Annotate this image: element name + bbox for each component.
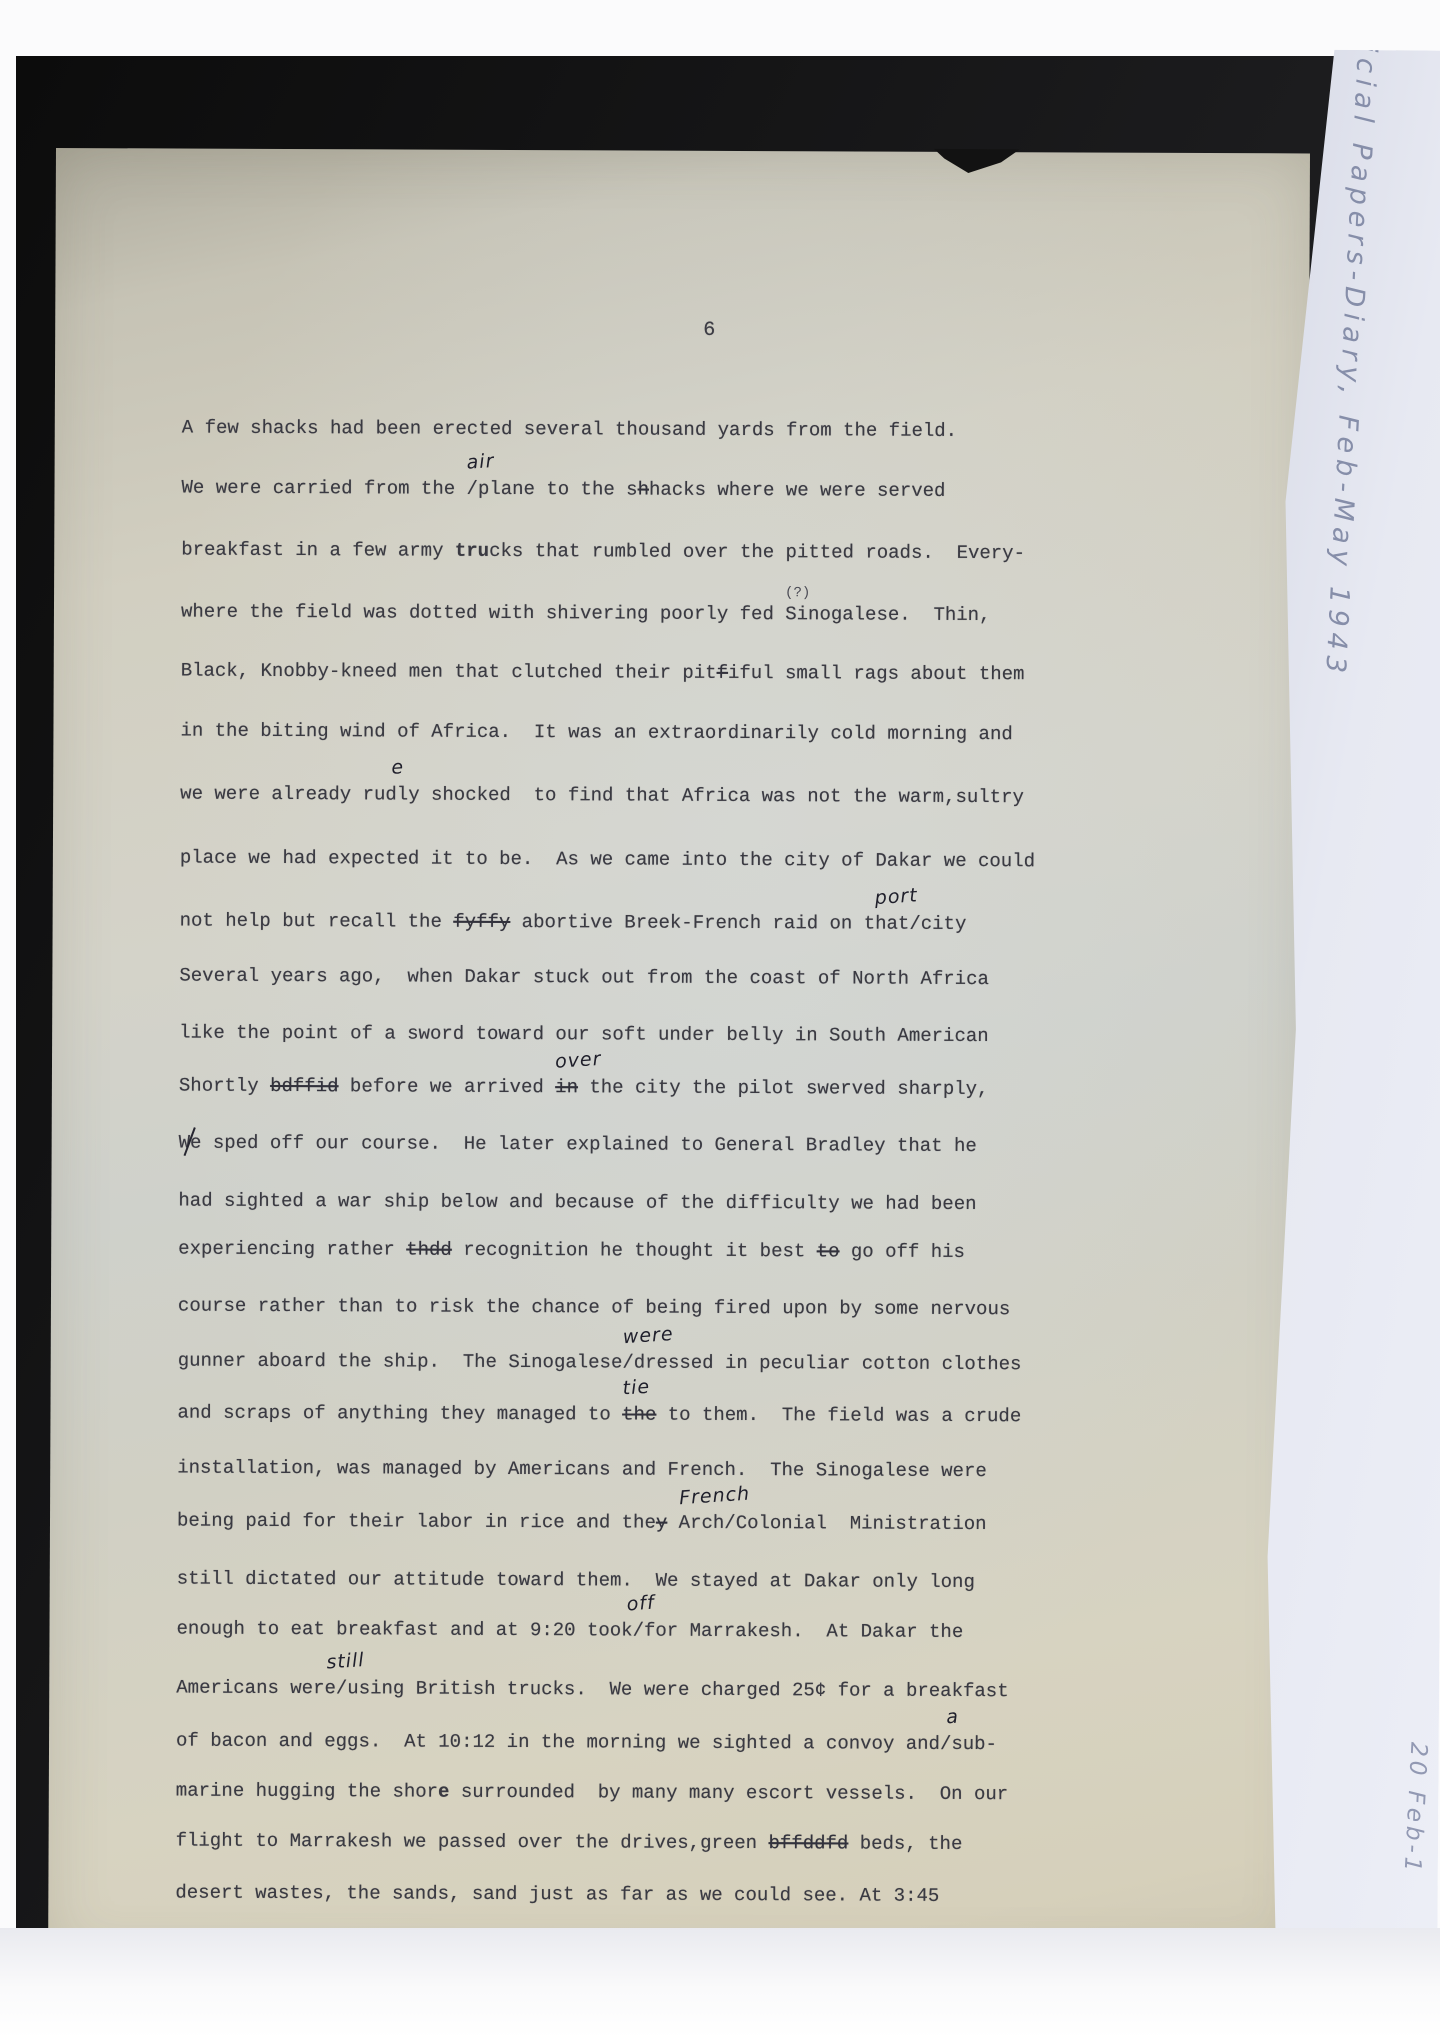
handwritten-insertion: a xyxy=(945,1705,959,1730)
line-segment: the city the pilot swerved sharply, xyxy=(578,1076,989,1100)
line-segment: not help but recall the xyxy=(180,910,454,933)
struck-text: h xyxy=(638,479,650,501)
typed-line: gunner aboard the ship. The Sinogalese/d… xyxy=(178,1349,1022,1377)
line-segment: before we arrived xyxy=(339,1075,556,1098)
struck-text: bffddfd xyxy=(768,1832,848,1854)
typed-line: Black, Knobby-kneed men that clutched th… xyxy=(181,659,1025,687)
line-segment: Americans were/using British trucks. We … xyxy=(176,1677,1008,1703)
line-segment: had sighted a war ship below and because… xyxy=(178,1190,976,1215)
typed-line: A few shacks had been erected several th… xyxy=(182,416,957,443)
line-segment: breakfast in a few army xyxy=(181,539,455,562)
handwritten-insertion: off xyxy=(626,1591,656,1617)
struck-text: f xyxy=(717,662,729,684)
line-segment: installation, was managed by Americans a… xyxy=(177,1457,987,1483)
typed-line: enough to eat breakfast and at 9:20 took… xyxy=(176,1617,963,1644)
line-segment: recognition he thought it best xyxy=(452,1239,817,1263)
typed-line: place we had expected it to be. As we ca… xyxy=(180,846,1035,874)
line-segment: enough to eat breakfast and at 9:20 took… xyxy=(176,1618,963,1643)
line-segment: in the biting wind of Africa. It was an … xyxy=(180,720,1012,746)
typed-line: breakfast in a few army trucks that rumb… xyxy=(181,538,1025,566)
photo-backdrop: 6 A few shacks had been erected several … xyxy=(16,56,1360,1928)
struck-text: in xyxy=(555,1076,578,1098)
line-segment: We were carried from the /plane to the s xyxy=(181,477,637,501)
line-segment: Several years ago, when Dakar stuck out … xyxy=(179,965,989,991)
line-segment: e xyxy=(438,1781,450,1803)
struck-text: y xyxy=(656,1512,668,1534)
line-segment: surrounded by many many escort vessels. … xyxy=(449,1781,1008,1805)
line-segment: iful small rags about them xyxy=(728,662,1025,685)
margin-note-collection: Official Papers-Diary, Feb-May 1943 xyxy=(1319,0,1385,680)
page-number: 6 xyxy=(703,319,715,342)
line-segment: place we had expected it to be. As we ca… xyxy=(180,847,1035,873)
line-segment: A few shacks had been erected several th… xyxy=(182,417,957,442)
handwritten-insertion: over xyxy=(554,1047,602,1074)
line-segment: to them. The field was a crude xyxy=(656,1404,1021,1428)
scan-background xyxy=(0,1928,1440,2038)
typed-line: marine hugging the shore surrounded by m… xyxy=(176,1779,1008,1807)
line-segment: course rather than to risk the chance of… xyxy=(178,1295,1010,1321)
typed-line: and scraps of anything they managed to t… xyxy=(177,1401,1021,1429)
line-segment: Shortly xyxy=(179,1075,270,1097)
handwritten-insertion: port xyxy=(874,883,918,910)
line-segment: marine hugging the shor xyxy=(176,1780,438,1803)
struck-text: to xyxy=(817,1240,840,1262)
line-segment: flight to Marrakesh we passed over the d… xyxy=(176,1830,769,1855)
handwritten-insertion: e xyxy=(391,755,405,780)
struck-text: thdd xyxy=(406,1239,452,1261)
typed-line: we were already rudly shocked to find th… xyxy=(180,782,1024,810)
line-segment: cks that rumbled over the pitted roads. … xyxy=(489,540,1025,564)
typed-line: not help but recall the fyffy abortive B… xyxy=(180,909,967,936)
handwritten-insertion: tie xyxy=(622,1375,651,1401)
typed-line: flight to Marrakesh we passed over the d… xyxy=(176,1829,963,1856)
struck-text: the xyxy=(622,1403,656,1425)
line-segment: still dictated our attitude toward them.… xyxy=(177,1568,975,1593)
typed-line: of bacon and eggs. At 10:12 in the morni… xyxy=(176,1729,997,1757)
typed-text: A few shacks had been erected several th… xyxy=(56,148,1310,153)
typed-line: We sped off our course. He later explain… xyxy=(179,1131,977,1158)
typed-line: Americans were/using British trucks. We … xyxy=(176,1676,1008,1704)
typed-line: course rather than to risk the chance of… xyxy=(178,1294,1010,1322)
handwritten-insertion: air xyxy=(466,449,495,475)
handwritten-insertion: were xyxy=(622,1322,674,1349)
line-segment: being paid for their labor in rice and t… xyxy=(177,1510,656,1534)
line-segment: gunner aboard the ship. The Sinogalese/d… xyxy=(178,1350,1022,1376)
line-segment: beds, the xyxy=(848,1832,962,1854)
typed-line: like the point of a sword toward our sof… xyxy=(179,1021,989,1049)
typed-insertion: (?) xyxy=(785,581,810,605)
line-segment: We xyxy=(179,1132,202,1154)
typed-line: still dictated our attitude toward them.… xyxy=(177,1567,975,1594)
line-segment: go off his xyxy=(839,1240,965,1263)
line-segment: hacks where we were served xyxy=(649,479,946,502)
typed-line: Shortly bdffid before we arrived in the … xyxy=(179,1074,989,1102)
line-segment: abortive Breek-French raid on that/city xyxy=(510,911,966,935)
line-segment: desert wastes, the sands, sand just as f… xyxy=(175,1882,939,1907)
line-segment: of bacon and eggs. At 10:12 in the morni… xyxy=(176,1730,997,1756)
scanned-document: { "document": { "page_number": "6", "mar… xyxy=(0,0,1440,2038)
line-segment: where the field was dotted with shiverin… xyxy=(181,601,991,627)
line-segment: Arch/Colonial Ministration xyxy=(667,1512,986,1535)
typed-line: in the biting wind of Africa. It was an … xyxy=(180,719,1012,747)
typed-line: being paid for their labor in rice and t… xyxy=(177,1509,987,1537)
line-segment: we were already rudly shocked to find th… xyxy=(180,783,1024,809)
diary-page: 6 A few shacks had been erected several … xyxy=(48,148,1310,1966)
typed-line: had sighted a war ship below and because… xyxy=(178,1189,976,1216)
handwritten-insertion: still xyxy=(326,1648,366,1674)
line-segment: Black, Knobby-kneed men that clutched th… xyxy=(181,660,717,684)
typed-line: experiencing rather thdd recognition he … xyxy=(178,1237,965,1264)
line-segment: experiencing rather xyxy=(178,1238,406,1261)
typed-line: desert wastes, the sands, sand just as f… xyxy=(175,1881,939,1908)
line-segment: tru xyxy=(455,540,489,562)
typed-line: where the field was dotted with shiverin… xyxy=(181,600,991,628)
handwritten-insertion: French xyxy=(678,1482,750,1511)
typed-line: Several years ago, when Dakar stuck out … xyxy=(179,964,989,992)
line-segment: like the point of a sword toward our sof… xyxy=(179,1022,989,1048)
torn-edge-notch xyxy=(934,149,1020,173)
struck-text: bdffid xyxy=(270,1075,339,1097)
line-segment: sped off our course. He later explained … xyxy=(201,1132,976,1157)
typed-line: We were carried from the /plane to the s… xyxy=(181,476,945,503)
typed-line: installation, was managed by Americans a… xyxy=(177,1456,987,1484)
struck-text: fyffy xyxy=(453,911,510,933)
line-segment: and scraps of anything they managed to xyxy=(177,1402,622,1426)
